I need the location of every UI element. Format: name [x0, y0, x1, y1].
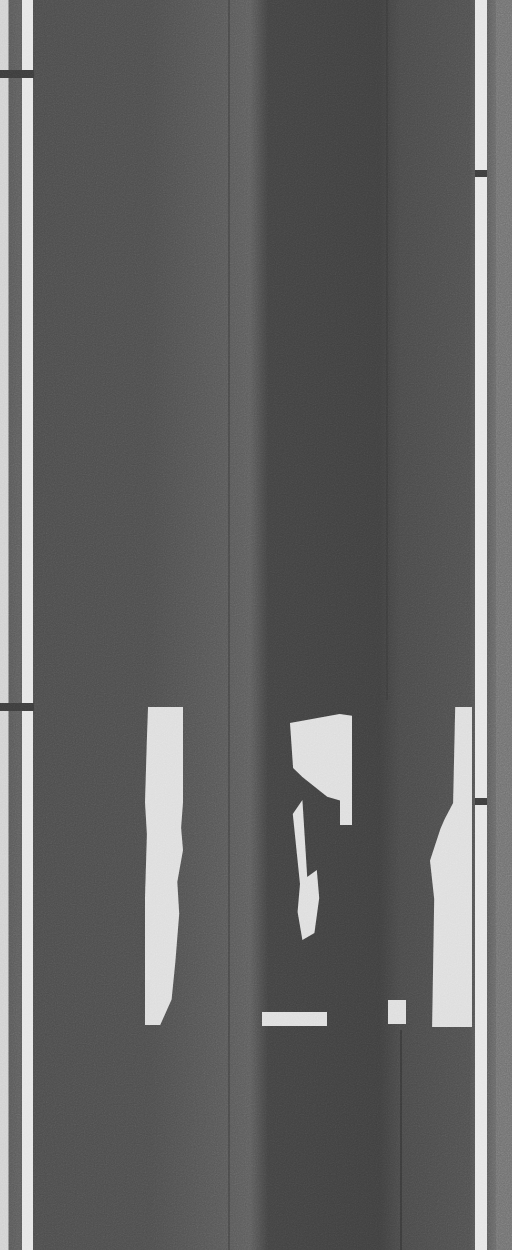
road-surface — [0, 0, 512, 1250]
asphalt-texture — [0, 0, 512, 1250]
